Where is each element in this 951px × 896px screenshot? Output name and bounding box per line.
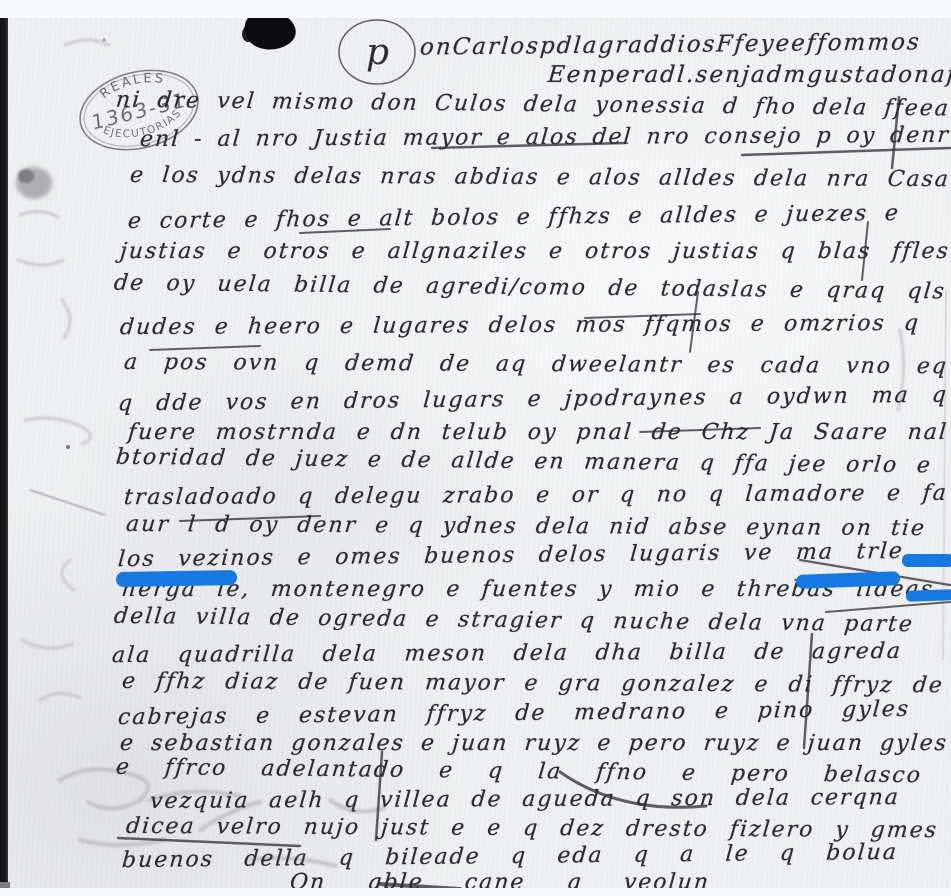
manuscript-line: losvezinoseomesbuenosdeloslugarisvematrl… <box>117 537 905 575</box>
manuscript-line: onCarlospdlagraddiosFfeyeeffommos <box>419 27 909 62</box>
manuscript-line: Eenperadl.senjadmgustadonaffumadn <box>547 60 950 90</box>
manuscript-line: justiaseotroseallgnazileseotrosjustiasqb… <box>119 237 951 267</box>
manuscript-line: trasladoadoqdeleguzraboeorqnoqlamadoreef… <box>123 479 949 513</box>
manuscript-line: deoyuelabilladeagredi/comodetodaslaseqra… <box>113 269 948 308</box>
manuscript-line: qddevosendroslugarsejpodraynesaoydwnmaq <box>117 381 949 420</box>
manuscript-line: enl-alnroJustiamayorealosdelnroconsejopo… <box>139 121 951 155</box>
manuscript-scan: REALES 1363-31 EJECUTORIAS p <box>0 0 951 896</box>
scan-margin-top <box>0 0 951 18</box>
manuscript-text: onCarlospdlagraddiosFfeyeeffommosEenpera… <box>0 0 951 896</box>
manuscript-line: aposovnqdemddeaqdweelantrescadavnoeq <box>123 348 950 382</box>
manuscript-line: cabrejaseestevanffryzdemedranoepinogyles <box>117 695 911 733</box>
manuscript-line: nidrevelmismodonCulosdelayonessiadfhodel… <box>115 86 951 125</box>
manuscript-line: dellavilladeogredaestragierqnuchedelavna… <box>113 602 916 640</box>
manuscript-line: elosydnsdelasnrasabdiasealosalldesdelanr… <box>129 161 951 195</box>
manuscript-line: dudeseheeroelugaresdelosmosffqmoseomzrio… <box>119 309 921 343</box>
scan-margin-bottom <box>0 888 951 896</box>
manuscript-line: ecorteefhosealtboloseffhzsealldesejuezes… <box>127 199 901 237</box>
manuscript-line: alaquadrilladelamesondeladhabilladeagred… <box>111 637 903 671</box>
manuscript-line: btoridaddejuezedealldeenmaneraqffajeeorl… <box>115 443 934 482</box>
manuscript-line: hergale,montenegroefuentesymioethrebasil… <box>121 575 936 605</box>
scan-edge-left <box>0 18 8 888</box>
